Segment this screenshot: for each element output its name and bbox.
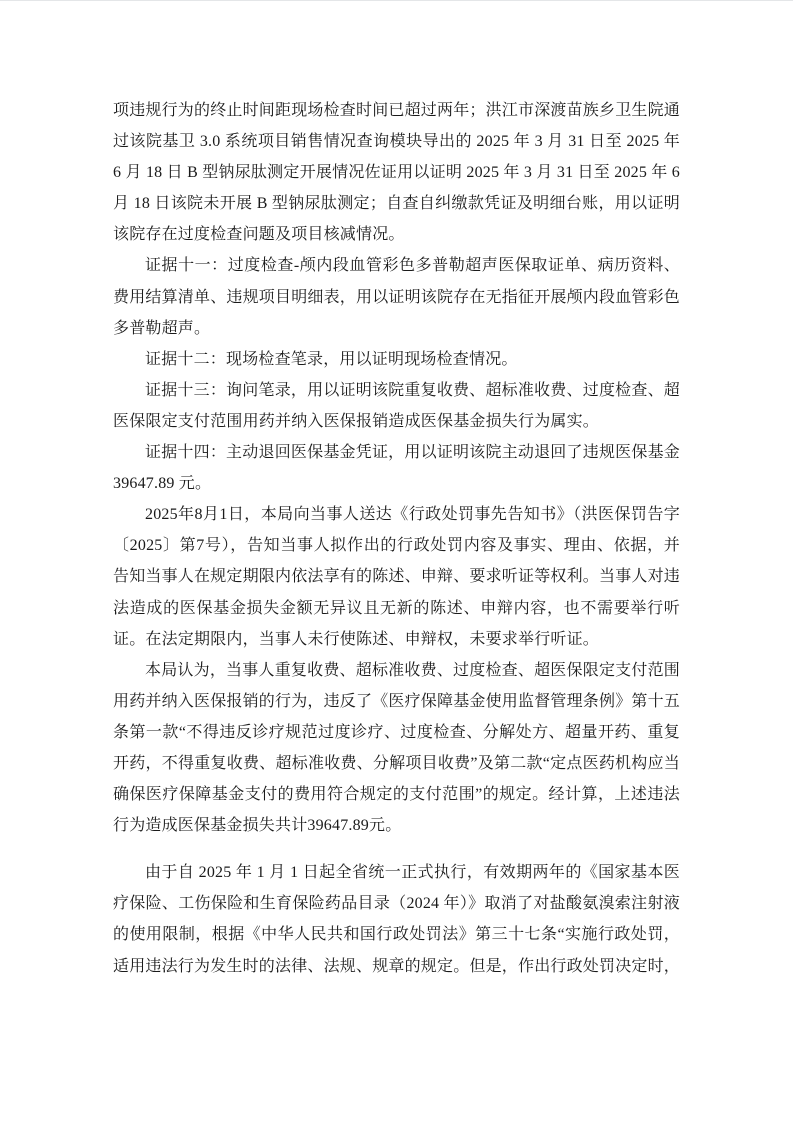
para-continuation: 项违规行为的终止时间距现场检查时间已超过两年；洪江市深渡苗族乡卫生院通过该院基卫… — [113, 95, 680, 250]
para-evidence-14: 证据十四：主动退回医保基金凭证，用以证明该院主动退回了违规医保基金 39647.… — [113, 437, 680, 499]
document-page: 项违规行为的终止时间距现场检查时间已超过两年；洪江市深渡苗族乡卫生院通过该院基卫… — [0, 0, 793, 1122]
para-catalog-change: 由于自 2025 年 1 月 1 日起全省统一正式执行，有效期两年的《国家基本医… — [113, 857, 680, 981]
para-bureau-opinion: 本局认为，当事人重复收费、超标准收费、过度检查、超医保限定支付范围用药并纳入医保… — [113, 655, 680, 842]
document-body: 项违规行为的终止时间距现场检查时间已超过两年；洪江市深渡苗族乡卫生院通过该院基卫… — [113, 95, 680, 982]
para-prior-notice: 2025年8月1日，本局向当事人送达《行政处罚事先告知书》（洪医保罚告字〔202… — [113, 499, 680, 654]
para-evidence-12: 证据十二：现场检查笔录，用以证明现场检查情况。 — [113, 344, 680, 375]
para-evidence-11: 证据十一：过度检查-颅内段血管彩色多普勒超声医保取证单、病历资料、费用结算清单、… — [113, 250, 680, 343]
para-evidence-13: 证据十三：询问笔录，用以证明该院重复收费、超标准收费、过度检查、超医保限定支付范… — [113, 375, 680, 437]
